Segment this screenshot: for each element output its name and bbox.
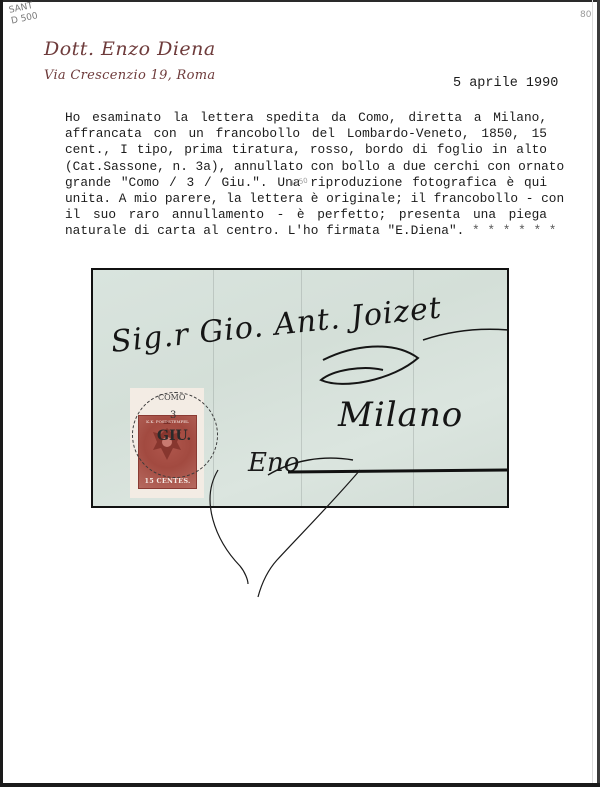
body-line: cent., I tipo, prima tiratura, rosso, bo…: [65, 142, 547, 158]
page-inner-edge: [592, 0, 593, 787]
body-line: unita. A mio parere, la lettera è origin…: [65, 191, 547, 207]
page-border-top: [0, 0, 600, 2]
page-border-bottom: [0, 783, 600, 787]
certificate-body: Ho esaminato la lettera spedita da Como,…: [65, 110, 547, 240]
postmark-day: 3: [170, 410, 176, 421]
stamp-value-label: 15 CENTES.: [139, 477, 196, 485]
paper-fold-line: [213, 270, 214, 506]
addressee-handwriting: Sig.r Gio. Ant. Joizet: [109, 290, 443, 360]
closing-stars: * * * * * *: [472, 223, 556, 238]
postmark-town: COMO: [158, 393, 185, 402]
certificate-date: 5 aprile 1990: [453, 76, 558, 91]
body-line-text: naturale di carta al centro. L'ho firmat…: [65, 223, 464, 238]
cover-photograph: Sig.r Gio. Ant. Joizet Milano K.K. POST-…: [91, 268, 509, 508]
destination-handwriting: Milano: [338, 395, 463, 435]
body-line-final: naturale di carta al centro. L'ho firmat…: [65, 223, 547, 239]
sender-scrawl: Eno: [248, 448, 299, 478]
page-number: 80: [580, 10, 591, 20]
letterhead-name: Dott. Enzo Diena: [44, 38, 216, 60]
letterhead-address: Via Crescenzio 19, Roma: [44, 68, 215, 83]
postmark-month: GIU.: [157, 428, 191, 444]
body-line: Ho esaminato la lettera spedita da Como,…: [65, 110, 547, 126]
postage-stamp: K.K. POST-STEMPEL 15 CENTES. COMO 3 GIU.: [130, 388, 204, 498]
body-line: il suo raro annullamento - è perfetto; p…: [65, 207, 547, 223]
pencil-annotation: SANT D 500: [8, 0, 39, 27]
page-border-left: [0, 0, 3, 787]
body-line: (Cat.Sassone, n. 3a), annullato con boll…: [65, 159, 547, 175]
body-line: affrancata con un francobollo del Lombar…: [65, 126, 547, 142]
